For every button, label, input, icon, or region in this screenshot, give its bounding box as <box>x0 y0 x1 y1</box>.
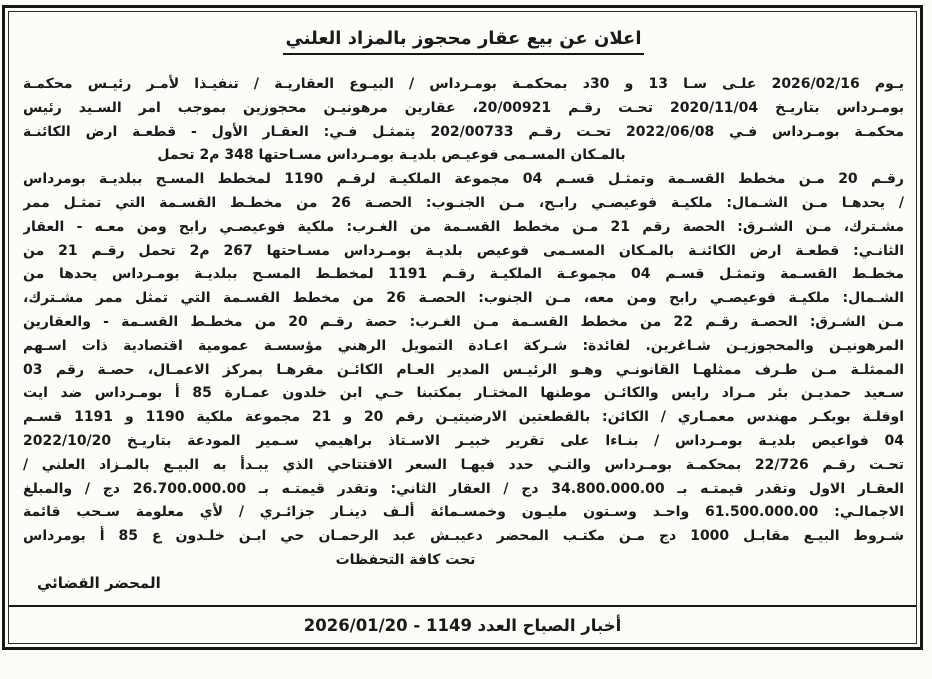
body-line: بالمـكان المسـمى فوعيـص بلديـة بومـرداس … <box>9 144 832 168</box>
body-line: تحت كافة التحفظات <box>9 549 846 573</box>
body-line: الاجمالـي: 61.500.000.00 واحـد وسـتون مل… <box>23 501 904 525</box>
body-line: تحـت رقـم 22/726 بمحكمـة بومـرداس والتـي… <box>23 454 904 478</box>
body-line: العقـار الاول وتقدر قيمتـه بـ 34.800.000… <box>23 478 904 502</box>
body-line: سـعيد حمديـن بئر مـراد رايس والكائـن موط… <box>23 382 904 406</box>
body-line: مخطـط القسـمة وتمثـل قسـم 04 مجموعـة الم… <box>23 263 904 287</box>
body-line: الممثلـة مـن طـرف ممثلهـا القانونـي وهـو… <box>23 359 904 383</box>
body-line: مشـترك، مـن الشـرق: الحصة رقم 21 مـن مخط… <box>23 216 904 240</box>
notice-frame-inner: اعلان عن بيع عقار محجوز بالمزاد العلني ي… <box>8 11 917 644</box>
body-line: الشـمال: ملكيـة فوعيصـي رابح ومن معه، مـ… <box>23 287 904 311</box>
notice-title-text: اعلان عن بيع عقار محجوز بالمزاد العلني <box>283 28 643 55</box>
body-line: مـن الشـرق: الحصـة رقـم 22 من مخطط القسـ… <box>23 311 904 335</box>
page: اعلان عن بيع عقار محجوز بالمزاد العلني ي… <box>0 0 932 679</box>
body-line: رقـم 20 مـن مخطط القسـمة وتمثـل قسـم 04 … <box>23 168 904 192</box>
footer-text: أخبار الصباح العدد 1149 - 2026/01/20 <box>304 616 622 635</box>
body-line: محكمـة بومـرداس فـي 2022/06/08 تحـت رقـم… <box>23 121 904 145</box>
notice-title: اعلان عن بيع عقار محجوز بالمزاد العلني <box>23 28 904 49</box>
notice-body: يـوم 2026/02/16 علـى سـا 13 و 30د بمحكمـ… <box>23 73 904 573</box>
body-line: شـروط البيـع مقابـل 1000 دج مـن مكتـب ال… <box>23 525 904 549</box>
body-line: الثانـي: قطعـة ارض الكائنـة بالمـكان الم… <box>23 240 904 264</box>
signature: المحضر القضائي <box>23 574 904 592</box>
body-line: يـوم 2026/02/16 علـى سـا 13 و 30د بمحكمـ… <box>23 73 904 97</box>
footer-bar: أخبار الصباح العدد 1149 - 2026/01/20 <box>9 605 916 643</box>
notice-content: اعلان عن بيع عقار محجوز بالمزاد العلني ي… <box>9 12 916 605</box>
notice-frame-outer: اعلان عن بيع عقار محجوز بالمزاد العلني ي… <box>2 5 923 650</box>
body-line: 04 فواعيص بلديـة بومـرداس / بنـاءا على ت… <box>23 430 904 454</box>
body-line: بومـرداس بتاريـخ 2020/11/04 تحـت رقـم 20… <box>23 97 904 121</box>
body-line: / يحدهـا مـن الشـمال: ملكيـة فوعيصـي راب… <box>23 192 904 216</box>
body-line: اوفلـة بوبكـر مهندس معمـاري / الكائن: با… <box>23 406 904 430</box>
body-line: المرهونيـن والمحجوزيـن شـاغرين. لفائدة: … <box>23 335 904 359</box>
